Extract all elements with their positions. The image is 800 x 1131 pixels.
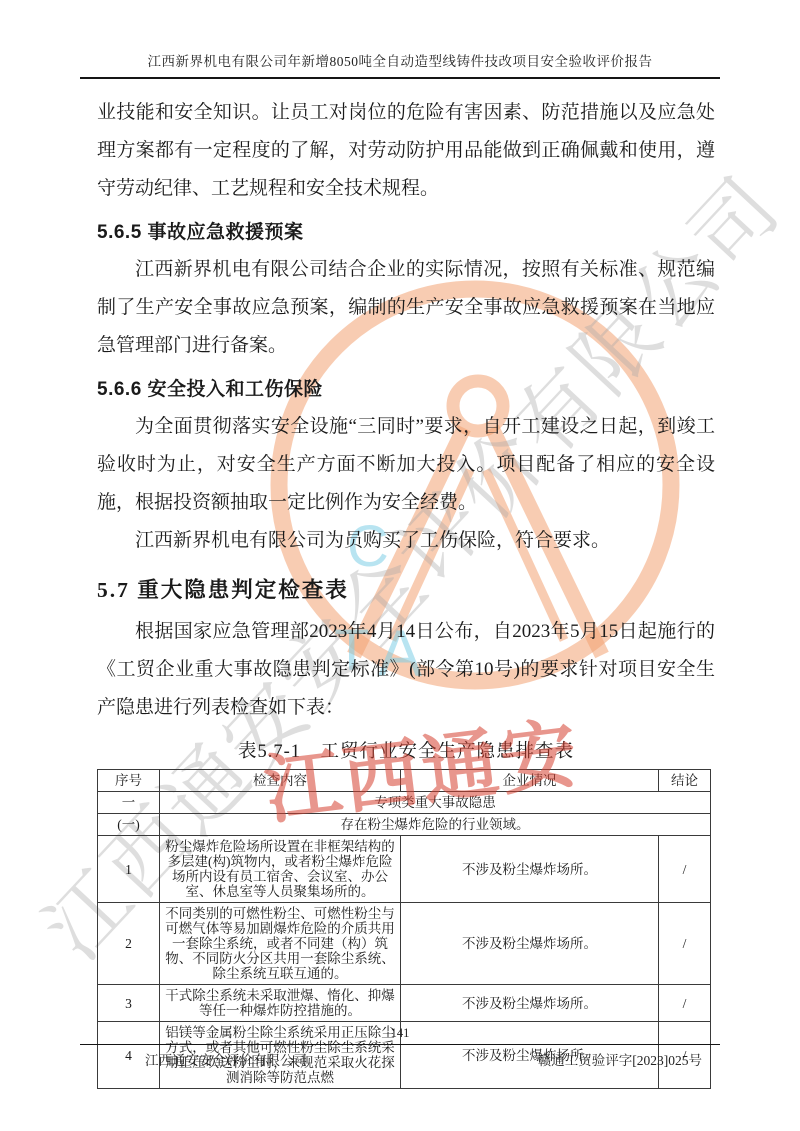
row-check-content: 不同类别的可燃性粉尘、可燃性粉尘与可燃气体等易加剧爆炸危险的介质共用一套除尘系统… — [160, 903, 401, 985]
column-header-conclusion: 结论 — [659, 770, 711, 792]
table-caption: 表5.7-1 工贸行业安全生产隐患排查表 — [97, 737, 715, 763]
row-check-content: 干式除尘系统未采取泄爆、惰化、抑爆等任一种爆炸防控措施的。 — [160, 985, 401, 1022]
paragraph-5-6-5: 江西新界机电有限公司结合企业的实际情况，按照有关标准、规范编制了生产安全事故应急… — [97, 251, 715, 365]
page-header-title: 江西新界机电有限公司年新增8050吨全自动造型线铸件技改项目安全验收评价报告 — [80, 50, 720, 79]
table-row: 2 不同类别的可燃性粉尘、可燃性粉尘与可燃气体等易加剧爆炸危险的介质共用一套除尘… — [98, 903, 711, 985]
row-enterprise-status: 不涉及粉尘爆炸场所。 — [401, 836, 659, 903]
page-number: 141 — [0, 1026, 800, 1041]
page-footer: 141 江西通安安全评价有限公司 赣通工贸验评字[2023]025号 — [0, 1026, 800, 1069]
row-no: (一) — [98, 814, 160, 836]
paragraph-continuation: 业技能和安全知识。让员工对岗位的危险有害因素、防范措施以及应急处理方案都有一定程… — [97, 94, 715, 208]
column-header-content: 检查内容 — [160, 770, 401, 792]
row-no: 2 — [98, 903, 160, 985]
footer-doc-number: 赣通工贸验评字[2023]025号 — [538, 1049, 702, 1069]
row-enterprise-status: 不涉及粉尘爆炸场所。 — [401, 985, 659, 1022]
row-section-title: 专项类重大事故隐患 — [160, 792, 711, 814]
page-body: 业技能和安全知识。让员工对岗位的危险有害因素、防范措施以及应急处理方案都有一定程… — [97, 94, 715, 1089]
document-page: 江西新界机电有限公司年新增8050吨全自动造型线铸件技改项目安全验收评价报告 业… — [0, 50, 800, 1089]
table-row: 3 干式除尘系统未采取泄爆、惰化、抑爆等任一种爆炸防控措施的。 不涉及粉尘爆炸场… — [98, 985, 711, 1022]
footer-company: 江西通安安全评价有限公司 — [145, 1049, 307, 1069]
heading-5-6-5: 5.6.5 事故应急救援预案 — [97, 217, 715, 244]
paragraph-5-6-6-a: 为全面贯彻落实安全设施“三同时”要求，自开工建设之日起，到竣工验收时为止，对安全… — [97, 408, 715, 522]
table-row: (一) 存在粉尘爆炸危险的行业领域。 — [98, 814, 711, 836]
row-enterprise-status: 不涉及粉尘爆炸场所。 — [401, 903, 659, 985]
heading-5-6-6: 5.6.6 安全投入和工伤保险 — [97, 374, 715, 401]
paragraph-5-6-6-b: 江西新界机电有限公司为员购买了工伤保险，符合要求。 — [97, 522, 715, 560]
row-conclusion: / — [659, 836, 711, 903]
table-row: 一 专项类重大事故隐患 — [98, 792, 711, 814]
column-header-no: 序号 — [98, 770, 160, 792]
row-check-content: 粉尘爆炸危险场所设置在非框架结构的多层建(构)筑物内，或者粉尘爆炸危险场所内设有… — [160, 836, 401, 903]
row-no: 一 — [98, 792, 160, 814]
footer-divider — [80, 1044, 720, 1045]
row-conclusion: / — [659, 985, 711, 1022]
row-no: 1 — [98, 836, 160, 903]
paragraph-5-7: 根据国家应急管理部2023年4月14日公布，自2023年5月15日起施行的《工贸… — [97, 613, 715, 727]
row-conclusion: / — [659, 903, 711, 985]
column-header-status: 企业情况 — [401, 770, 659, 792]
table-row: 1 粉尘爆炸危险场所设置在非框架结构的多层建(构)筑物内，或者粉尘爆炸危险场所内… — [98, 836, 711, 903]
heading-5-7: 5.7 重大隐患判定检查表 — [97, 573, 715, 604]
row-section-title: 存在粉尘爆炸危险的行业领域。 — [160, 814, 711, 836]
row-no: 3 — [98, 985, 160, 1022]
table-header-row: 序号 检查内容 企业情况 结论 — [98, 770, 711, 792]
